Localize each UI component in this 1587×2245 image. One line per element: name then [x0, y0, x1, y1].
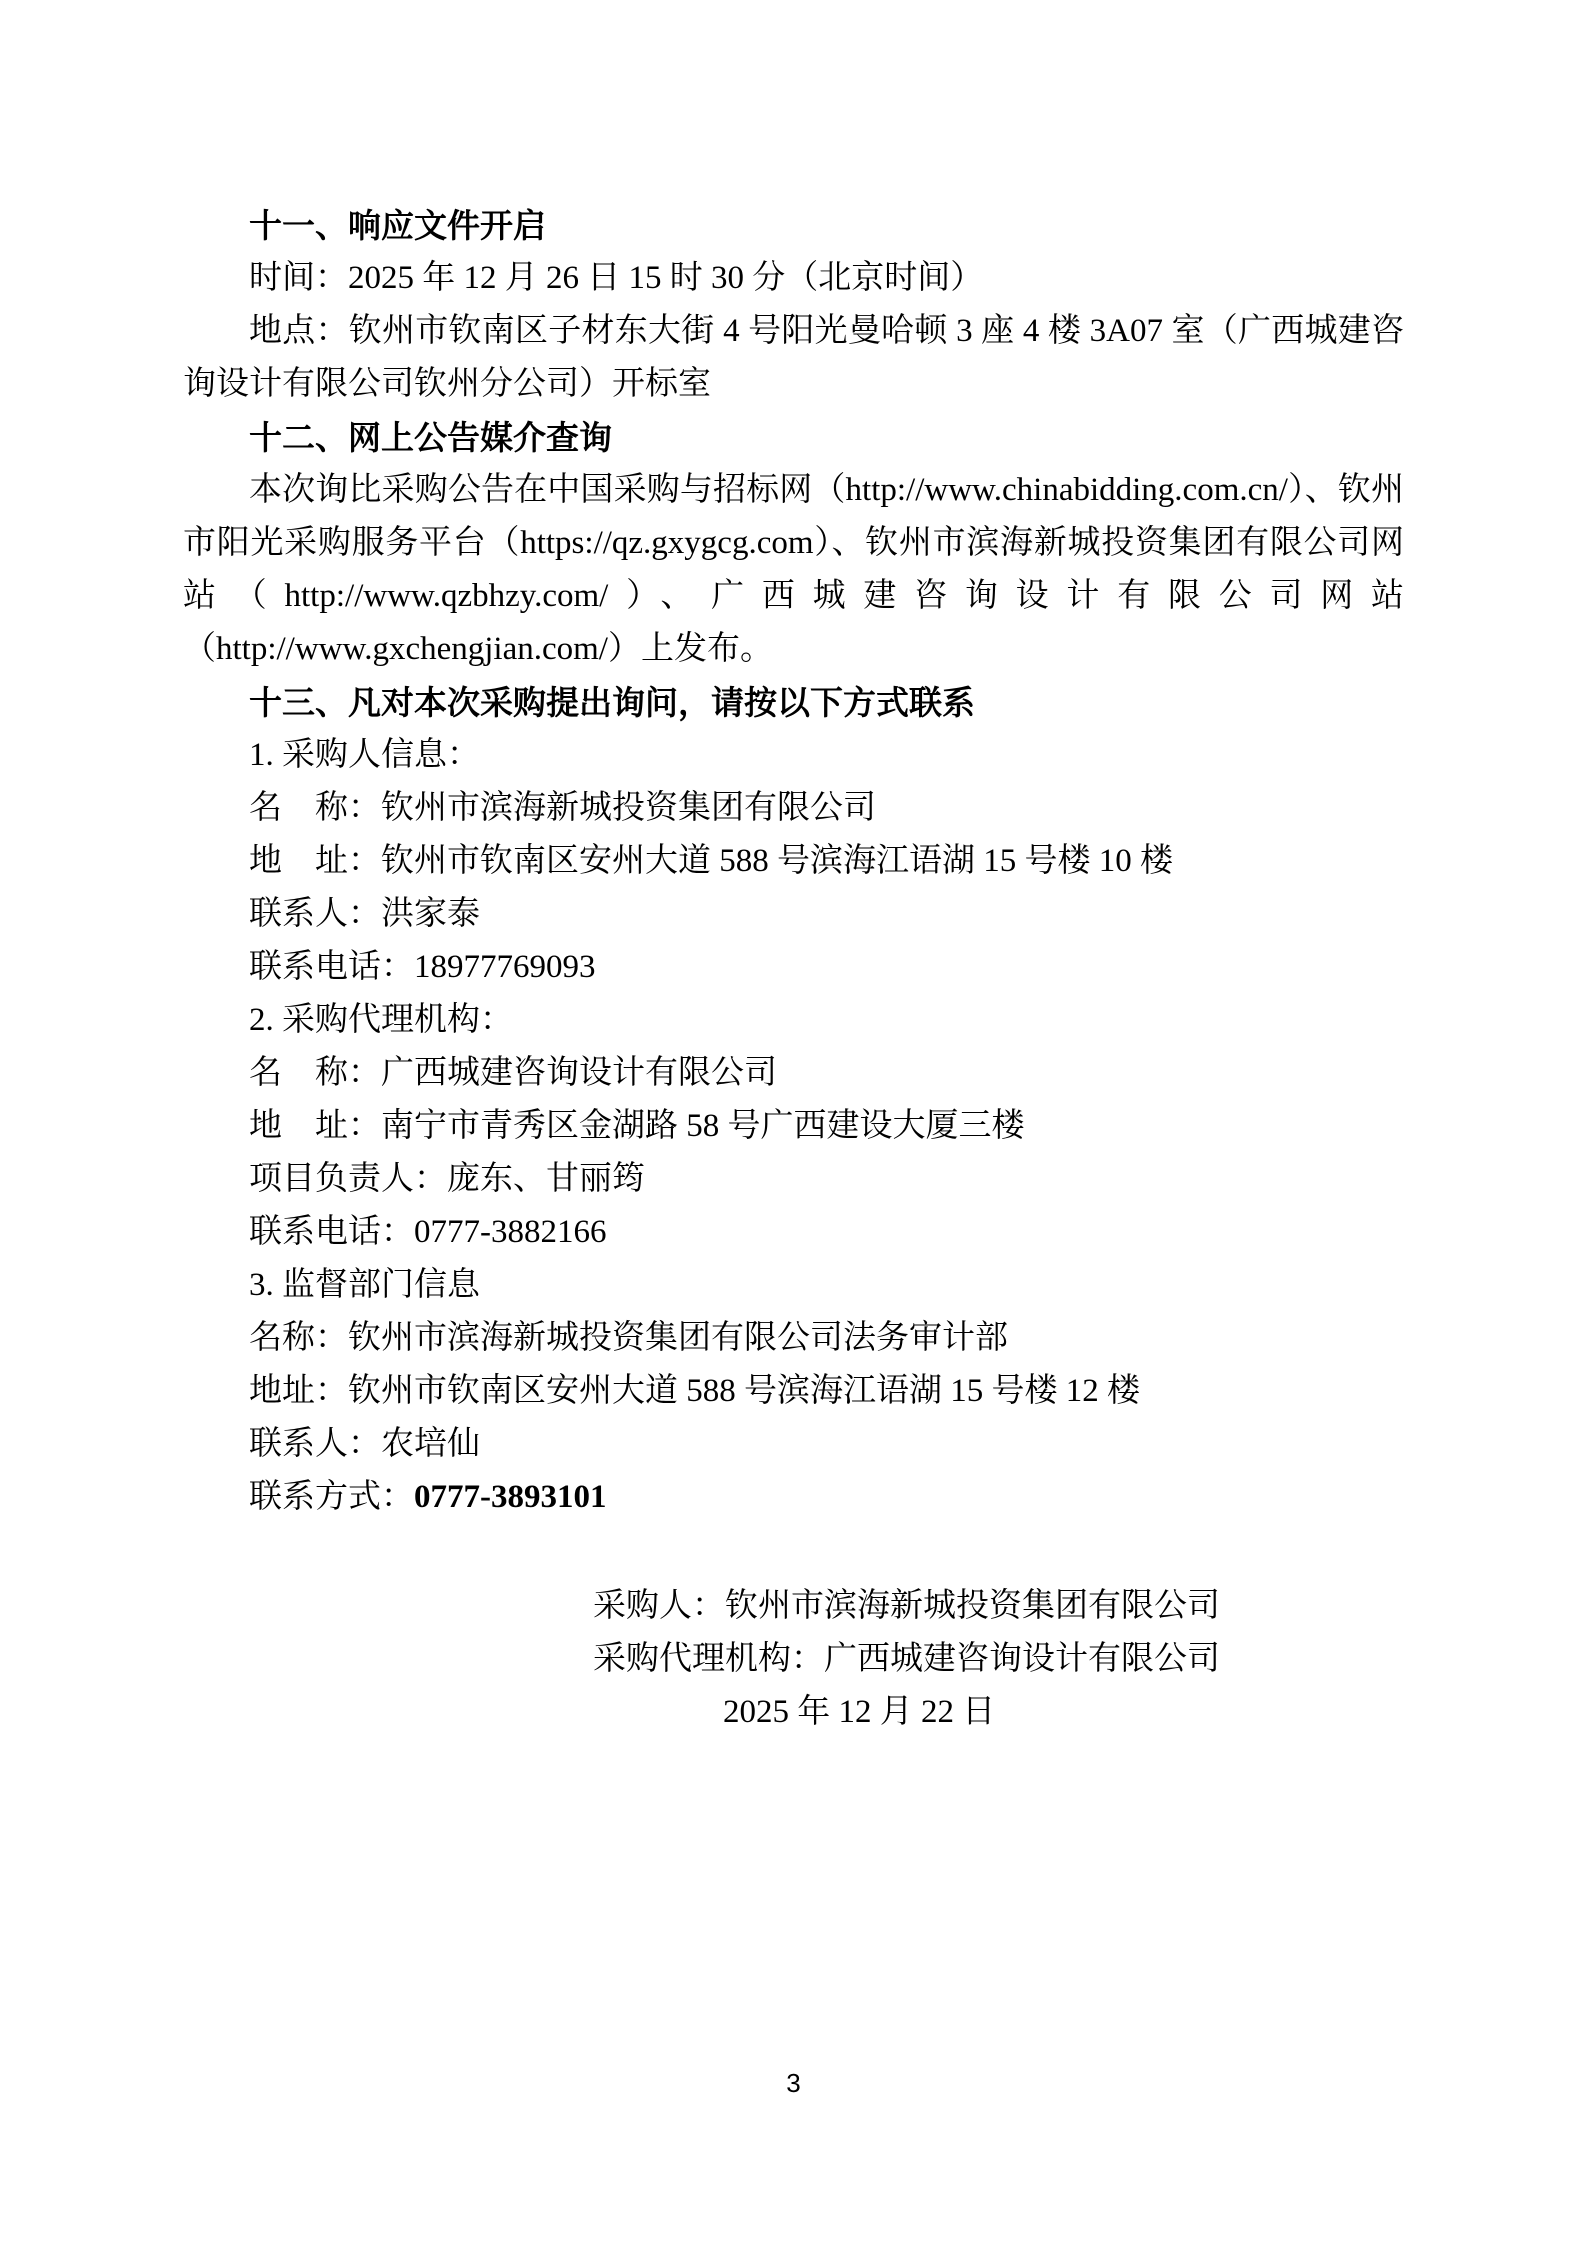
agency-leader-line: 项目负责人：庞东、甘丽筠: [183, 1153, 1404, 1206]
purchaser-name-line: 名 称：钦州市滨海新城投资集团有限公司: [183, 782, 1404, 835]
agency-phone-line: 联系电话：0777-3882166: [183, 1206, 1404, 1259]
section-13-heading: 十三、凡对本次采购提出询问，请按以下方式联系: [183, 676, 1404, 729]
purchaser-phone-line: 联系电话：18977769093: [183, 941, 1404, 994]
agency-info-title: 2. 采购代理机构：: [183, 994, 1404, 1047]
section-13: 十三、凡对本次采购提出询问，请按以下方式联系 1. 采购人信息： 名 称：钦州市…: [183, 676, 1404, 1524]
section-11-heading: 十一、响应文件开启: [183, 199, 1404, 252]
signature-date-line: 2025 年 12 月 22 日: [183, 1686, 1404, 1739]
purchaser-info: 1. 采购人信息： 名 称：钦州市滨海新城投资集团有限公司 地 址：钦州市钦南区…: [183, 729, 1404, 994]
section-12-heading: 十二、网上公告媒介查询: [183, 411, 1404, 464]
supervisor-contact-line: 联系人：农培仙: [183, 1418, 1404, 1471]
signature-agency-line: 采购代理机构：广西城建咨询设计有限公司: [183, 1633, 1404, 1686]
document-content: 十一、响应文件开启 时间：2025 年 12 月 26 日 15 时 30 分（…: [183, 199, 1404, 1739]
document-page: 十一、响应文件开启 时间：2025 年 12 月 26 日 15 时 30 分（…: [0, 0, 1587, 2245]
supervisor-method-label: 联系方式：: [249, 1479, 414, 1515]
supervisor-method-line: 联系方式：0777-3893101: [183, 1471, 1404, 1524]
supervisor-address-line: 地址：钦州市钦南区安州大道 588 号滨海江语湖 15 号楼 12 楼: [183, 1365, 1404, 1418]
agency-info: 2. 采购代理机构： 名 称：广西城建咨询设计有限公司 地 址：南宁市青秀区金湖…: [183, 994, 1404, 1259]
section-11: 十一、响应文件开启 时间：2025 年 12 月 26 日 15 时 30 分（…: [183, 199, 1404, 411]
section-12: 十二、网上公告媒介查询 本次询比采购公告在中国采购与招标网（http://www…: [183, 411, 1404, 676]
purchaser-contact-line: 联系人：洪家泰: [183, 888, 1404, 941]
signature-purchaser-line: 采购人：钦州市滨海新城投资集团有限公司: [183, 1580, 1404, 1633]
agency-name-line: 名 称：广西城建咨询设计有限公司: [183, 1047, 1404, 1100]
page-number: 3: [0, 2068, 1587, 2098]
supervisor-name-line: 名称：钦州市滨海新城投资集团有限公司法务审计部: [183, 1312, 1404, 1365]
purchaser-address-line: 地 址：钦州市钦南区安州大道 588 号滨海江语湖 15 号楼 10 楼: [183, 835, 1404, 888]
purchaser-info-title: 1. 采购人信息：: [183, 729, 1404, 782]
supervisor-info: 3. 监督部门信息 名称：钦州市滨海新城投资集团有限公司法务审计部 地址：钦州市…: [183, 1259, 1404, 1524]
agency-address-line: 地 址：南宁市青秀区金湖路 58 号广西建设大厦三楼: [183, 1100, 1404, 1153]
signature-block: 采购人：钦州市滨海新城投资集团有限公司 采购代理机构：广西城建咨询设计有限公司 …: [183, 1580, 1404, 1739]
response-open-time-line: 时间：2025 年 12 月 26 日 15 时 30 分（北京时间）: [183, 252, 1404, 305]
announcement-media-paragraph: 本次询比采购公告在中国采购与招标网（http://www.chinabiddin…: [183, 464, 1404, 676]
supervisor-method-value: 0777-3893101: [414, 1479, 607, 1515]
supervisor-info-title: 3. 监督部门信息: [183, 1259, 1404, 1312]
response-open-location-line: 地点：钦州市钦南区子材东大街 4 号阳光曼哈顿 3 座 4 楼 3A07 室（广…: [183, 305, 1404, 411]
